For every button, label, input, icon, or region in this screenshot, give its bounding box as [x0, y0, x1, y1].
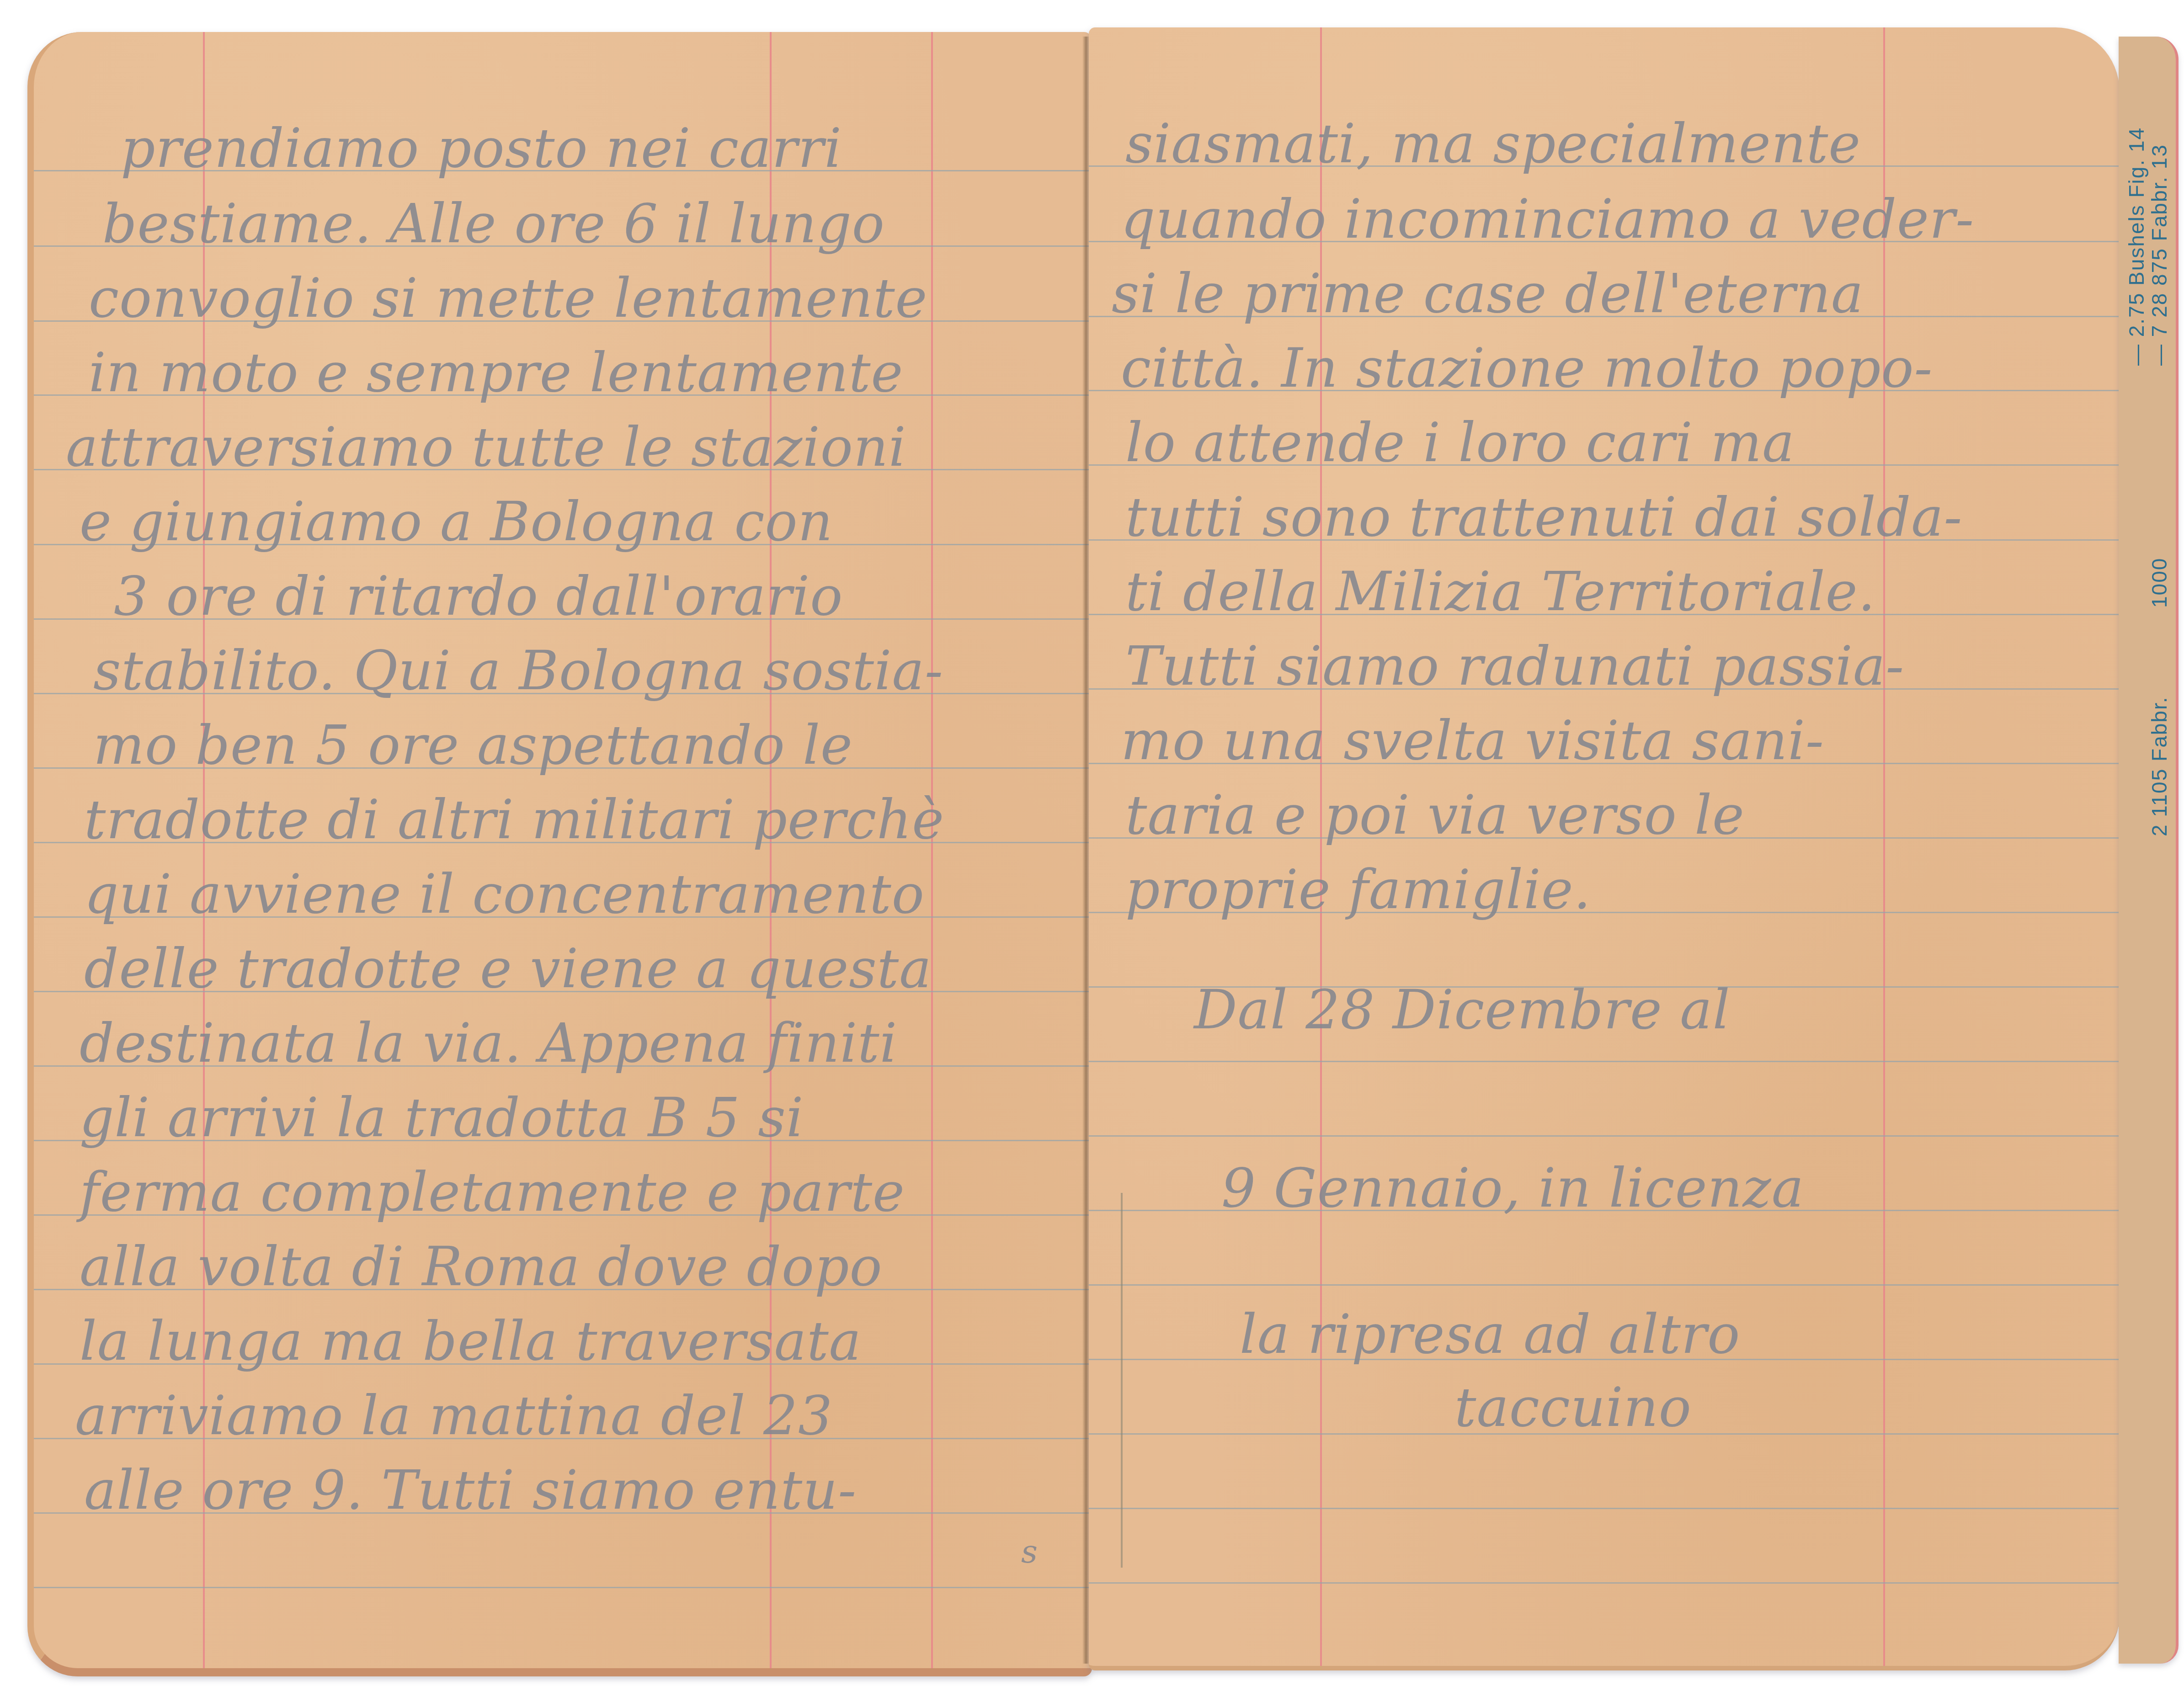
ruled-line	[1089, 1135, 2120, 1137]
handwritten-line: ti della Milizia Territoriale.	[1125, 564, 1875, 618]
handwritten-line: mo una svelta visita sani-	[1121, 713, 1824, 767]
ruled-line	[1089, 1508, 2120, 1509]
handwritten-line: siasmati, ma specialmente	[1125, 117, 1861, 170]
ruled-line	[1089, 1061, 2120, 1062]
printed-strip-text: 2 1105 Fabbr.	[2147, 697, 2172, 836]
handwritten-line: attraversiamo tutte le stazioni	[66, 420, 906, 474]
handwritten-line: prendiamo posto nei carri	[121, 121, 842, 175]
handwritten-line: città. In stazione molto popo-	[1121, 341, 1933, 395]
handwritten-line: Tutti siamo radunati passia-	[1125, 639, 1904, 693]
right-column-red-line	[1883, 27, 1885, 1666]
closing-note-line: la ripresa ad altro	[1240, 1307, 1740, 1361]
edge-strip: — 2.75 Bushels Fig. 14 — 7 28 875 Fabbr.…	[2119, 37, 2179, 1664]
handwritten-line: e giungiamo a Bologna con	[80, 495, 833, 548]
handwritten-line: gli arrivi la tradotta B 5 si	[80, 1090, 804, 1144]
handwritten-line: destinata la via. Appena finiti	[80, 1016, 897, 1070]
right-page: siasmati, ma specialmente quando incomin…	[1089, 27, 2120, 1670]
handwritten-line: lo attende i loro cari ma	[1125, 415, 1795, 469]
ruled-line	[1089, 1284, 2120, 1286]
handwritten-line: alle ore 9. Tutti siamo entu-	[84, 1463, 857, 1517]
printed-strip-text: 1000	[2147, 558, 2172, 608]
handwritten-line: si le prime case dell'eterna	[1112, 266, 1864, 320]
handwritten-line: qui avviene il concentramento	[84, 867, 925, 921]
handwritten-line: delle tradotte e viene a questa	[84, 941, 932, 995]
pencil-stroke	[1121, 1193, 1123, 1568]
handwritten-line: mo ben 5 ore aspettando le	[93, 718, 853, 772]
handwritten-line: arriviamo la mattina del 23	[75, 1388, 833, 1442]
handwritten-line: quando incominciamo a veder-	[1121, 192, 1974, 246]
left-page: prendiamo posto nei carri bestiame. Alle…	[27, 32, 1092, 1676]
handwritten-line: bestiame. Alle ore 6 il lungo	[102, 197, 885, 250]
handwritten-line: ferma completamente e parte	[80, 1165, 905, 1219]
handwritten-line: proprie famiglie.	[1125, 862, 1591, 916]
handwritten-line: la lunga ma bella traversata	[80, 1314, 862, 1368]
handwritten-line: 3 ore di ritardo dall'orario	[114, 569, 843, 623]
closing-note-line: taccuino	[1454, 1380, 1692, 1434]
handwritten-line: taria e poi via verso le	[1125, 788, 1745, 842]
handwritten-line: convoglio si mette lentamente	[89, 271, 927, 325]
handwritten-line: alla volta di Roma dove dopo	[80, 1239, 883, 1293]
handwritten-line: tutti sono trattenuti dai solda-	[1125, 490, 1962, 544]
closing-date-line: 9 Gennaio, in licenza	[1221, 1161, 1804, 1215]
closing-date-line: Dal 28 Dicembre al	[1194, 983, 1730, 1037]
handwritten-line: tradotte di altri militari perchè	[84, 792, 944, 846]
handwritten-line: stabilito. Qui a Bologna sostia-	[93, 644, 943, 697]
handwritten-line: in moto e sempre lentamente	[89, 346, 903, 399]
ruled-line	[1089, 1582, 2120, 1584]
continuation-mark: s	[1021, 1536, 1038, 1568]
printed-strip-text: — 2.75 Bushels Fig. 14	[2124, 127, 2149, 366]
ruled-line	[34, 1587, 1092, 1588]
printed-strip-text: — 7 28 875 Fabbr. 13	[2147, 144, 2172, 366]
